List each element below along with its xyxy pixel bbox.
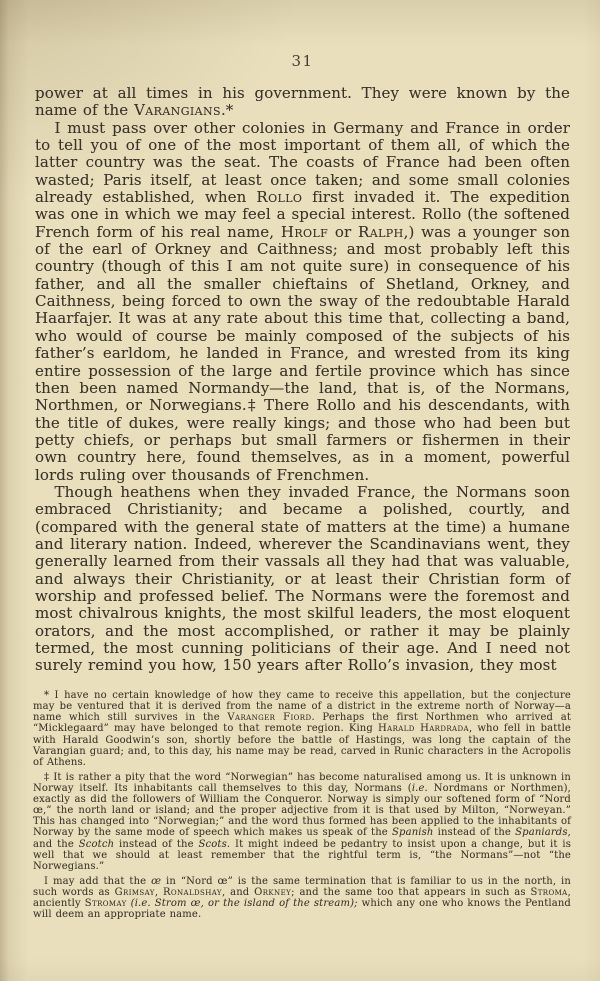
scanned-book-page: 31 power at all times in his government.… bbox=[0, 0, 600, 981]
smallcaps-text: Varanger Fiord bbox=[227, 712, 311, 723]
smallcaps-text: Ronaldshay bbox=[163, 887, 222, 898]
body-paragraph: Though heathens when they invaded France… bbox=[35, 484, 570, 675]
text-segment: , and bbox=[222, 887, 254, 898]
text-segment: Though heathens when they invaded France… bbox=[35, 483, 570, 674]
text-segment: instead of the bbox=[114, 839, 198, 850]
text-segment: .* bbox=[221, 101, 233, 119]
text-segment: ,) was a younger son of the earl of Orkn… bbox=[35, 223, 570, 484]
text-segment: I may add that the bbox=[44, 876, 151, 887]
italic-text: Spanish bbox=[392, 827, 433, 838]
footnote-addendum: I may add that the œ in “Nord œ” is the … bbox=[33, 876, 571, 921]
smallcaps-text: Harald Hardrada bbox=[378, 723, 469, 734]
text-segment: , bbox=[155, 887, 163, 898]
footnotes-section: * I have no certain knowledge of how the… bbox=[33, 690, 571, 924]
italic-text: i.e. bbox=[412, 783, 428, 794]
body-text: power at all times in his government. Th… bbox=[35, 85, 570, 675]
smallcaps-text: Stroma bbox=[530, 887, 567, 898]
body-paragraph: power at all times in his government. Th… bbox=[35, 85, 570, 120]
italic-text: Scots bbox=[199, 839, 227, 850]
smallcaps-text: Rollo bbox=[256, 188, 302, 206]
smallcaps-text: Hrolf bbox=[281, 223, 328, 241]
smallcaps-text: Grimsay bbox=[115, 887, 155, 898]
italic-text: (i.e. Strom œ, or the island of the stre… bbox=[131, 898, 358, 909]
page-number: 31 bbox=[35, 52, 570, 70]
italic-text: Spaniards bbox=[515, 827, 567, 838]
smallcaps-text: Varangians bbox=[134, 101, 221, 119]
body-paragraph: I must pass over other colonies in Germa… bbox=[35, 120, 570, 484]
text-segment: power at all times in his government. Th… bbox=[35, 84, 570, 119]
footnote-asterisk: * I have no certain knowledge of how the… bbox=[33, 690, 571, 768]
smallcaps-text: Ralph bbox=[358, 223, 404, 241]
italic-text: œ bbox=[151, 876, 161, 887]
italic-text: Scotch bbox=[79, 839, 114, 850]
text-segment: instead of the bbox=[434, 827, 516, 838]
footnote-double-dagger: ‡ It is rather a pity that the word “Nor… bbox=[33, 772, 571, 872]
text-segment: or bbox=[328, 223, 358, 241]
text-segment: ; and the same too that appears in such … bbox=[291, 887, 530, 898]
smallcaps-text: Orkney bbox=[254, 887, 291, 898]
smallcaps-text: Stromay bbox=[85, 898, 127, 909]
